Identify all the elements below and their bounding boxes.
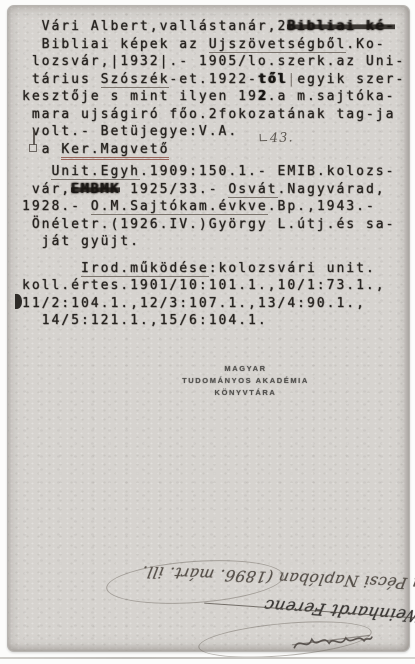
catalog-card: Vári Albert,vallástanár,2Bibliai ké- Bib… xyxy=(7,5,410,652)
typed-line: tárius Szószék-et.1922-től|egyik szer- xyxy=(22,71,414,89)
typed-segment: .Nagyvárad, xyxy=(278,182,386,197)
typed-segment: 11/2:104.1.,12/3:107.1.,13/4:90.1., xyxy=(22,296,366,311)
entry-biography: Vári Albert,vallástanár,2Bibliai ké- Bib… xyxy=(22,18,414,158)
typed-segment: kesztője s mint ilyen 19 xyxy=(22,89,258,104)
typed-line: Vári Albert,vallástanár,2Bibliai ké- xyxy=(22,18,414,36)
typed-segment: Unit.Egyh xyxy=(51,164,139,180)
typed-segment: koll.értes.1901/10:101.1.,10/1:73.1., xyxy=(22,278,386,293)
typed-line: 14/5:121.1.,15/6:104.1. xyxy=(22,312,414,330)
typed-segment: 2 xyxy=(278,19,288,34)
typed-segment: .Bp.,1943.- xyxy=(268,199,376,214)
typed-line: volt.- Betüjegye:V.A. xyxy=(22,123,414,141)
typed-segment: tárius xyxy=(22,72,101,87)
typed-segment: Osvát xyxy=(228,182,277,198)
typed-line: a Ker.Magvető xyxy=(22,141,414,159)
typed-segment: EMBMK xyxy=(71,182,120,197)
typed-segment: egyik szer- xyxy=(297,72,405,87)
typed-line: Unit.Egyh.1909:150.1.- EMIB.kolozs- xyxy=(22,163,414,181)
typed-line: lozsvár,|1932|.- 1905/lo.szerk.az Uni- xyxy=(22,53,414,71)
stamp-line-2: TUDOMÁNYOS AKADÉMIA xyxy=(163,375,328,387)
stamp-line-1: MAGYAR xyxy=(163,363,328,375)
entry-works: Irod.működése:kolozsvári unit.koll.értes… xyxy=(22,260,414,330)
typed-segment: 2 xyxy=(258,89,268,104)
typed-segment: Szószék xyxy=(101,72,170,88)
typed-segment: .a m.sajtóka- xyxy=(268,89,396,104)
typed-line: 11/2:104.1.,12/3:107.1.,13/4:90.1., xyxy=(22,295,414,313)
typed-line: vár,EMBMK 1925/33.- Osvát.Nagyvárad, xyxy=(22,181,414,199)
typed-segment xyxy=(22,261,81,276)
typed-segment: Vári Albert,vallástanár, xyxy=(22,19,278,34)
typed-segment: Bibliai ké- xyxy=(287,19,395,34)
typed-segment: 1925/33.- xyxy=(120,182,228,197)
pencil-shelf-mark: ∟43. xyxy=(258,130,294,146)
typed-segment: 14/5:121.1.,15/6:104.1. xyxy=(22,313,268,328)
typed-segment: vár, xyxy=(22,182,71,197)
typed-segment: O.M.Sajtókam.évkve xyxy=(91,199,268,215)
scan-edge-line xyxy=(0,657,415,659)
typed-segment: Önéletr.(1926.IV.)György L.útj.és sa- xyxy=(22,217,395,232)
stamp-line-3: KÖNYVTÁRA xyxy=(163,387,328,399)
typed-segment: .Ko- xyxy=(346,37,385,52)
typed-segment: Ujszövetségből xyxy=(209,37,347,53)
typed-segment: mara ujságiró főo.2fokozatának tag-ja xyxy=(22,107,395,122)
typed-segment: től xyxy=(258,72,287,87)
pencil-scribble-illegible xyxy=(289,623,375,659)
typed-segment: volt.- Betüjegye:V.A. xyxy=(22,124,238,139)
typed-line: kesztője s mint ilyen 192.a m.sajtóka- xyxy=(22,88,414,106)
typed-line: Bibliai képek az Ujszövetségből.Ko- xyxy=(22,36,414,54)
typed-segment: Ker.Magvető xyxy=(61,142,169,160)
typed-line: koll.értes.1901/10:101.1.,10/1:73.1., xyxy=(22,277,414,295)
typed-text: Vári Albert,vallástanár,2Bibliai ké- Bib… xyxy=(22,18,414,330)
typed-segment: ját gyüjt. xyxy=(22,234,140,249)
typed-line: Irod.működése:kolozsvári unit. xyxy=(22,260,414,278)
typed-segment: a xyxy=(22,142,61,157)
typed-segment: -et.1922- xyxy=(169,72,257,87)
scan-background: Vári Albert,vallástanár,2Bibliai ké- Bib… xyxy=(0,0,415,664)
typed-line: mara ujságiró főo.2fokozatának tag-ja xyxy=(22,106,414,124)
typed-segment: Bibliai képek az xyxy=(22,37,209,52)
entry-sources: Unit.Egyh.1909:150.1.- EMIB.kolozs- vár,… xyxy=(22,163,414,251)
typed-line: ját gyüjt. xyxy=(22,233,414,251)
ink-blob xyxy=(15,294,22,309)
typed-segment: 1928.- xyxy=(22,199,91,214)
typed-segment xyxy=(22,164,51,179)
pencil-insertion-mark xyxy=(33,130,35,145)
typed-segment: .1909:150.1.- EMIB.kolozs- xyxy=(140,164,396,179)
pencil-insertion-mark-foot xyxy=(29,144,37,152)
typed-segment: Irod.működése xyxy=(81,261,209,277)
typed-segment: :kolozsvári unit. xyxy=(209,261,376,276)
typed-segment: | xyxy=(287,72,297,87)
typed-segment: lozsvár,|1932|.- 1905/lo.szerk.az Uni- xyxy=(22,54,405,69)
library-stamp: MAGYAR TUDOMÁNYOS AKADÉMIA KÖNYVTÁRA xyxy=(163,363,328,399)
typed-line: Önéletr.(1926.IV.)György L.útj.és sa- xyxy=(22,216,414,234)
typed-line: 1928.- O.M.Sajtókam.évkve.Bp.,1943.- xyxy=(22,198,414,216)
